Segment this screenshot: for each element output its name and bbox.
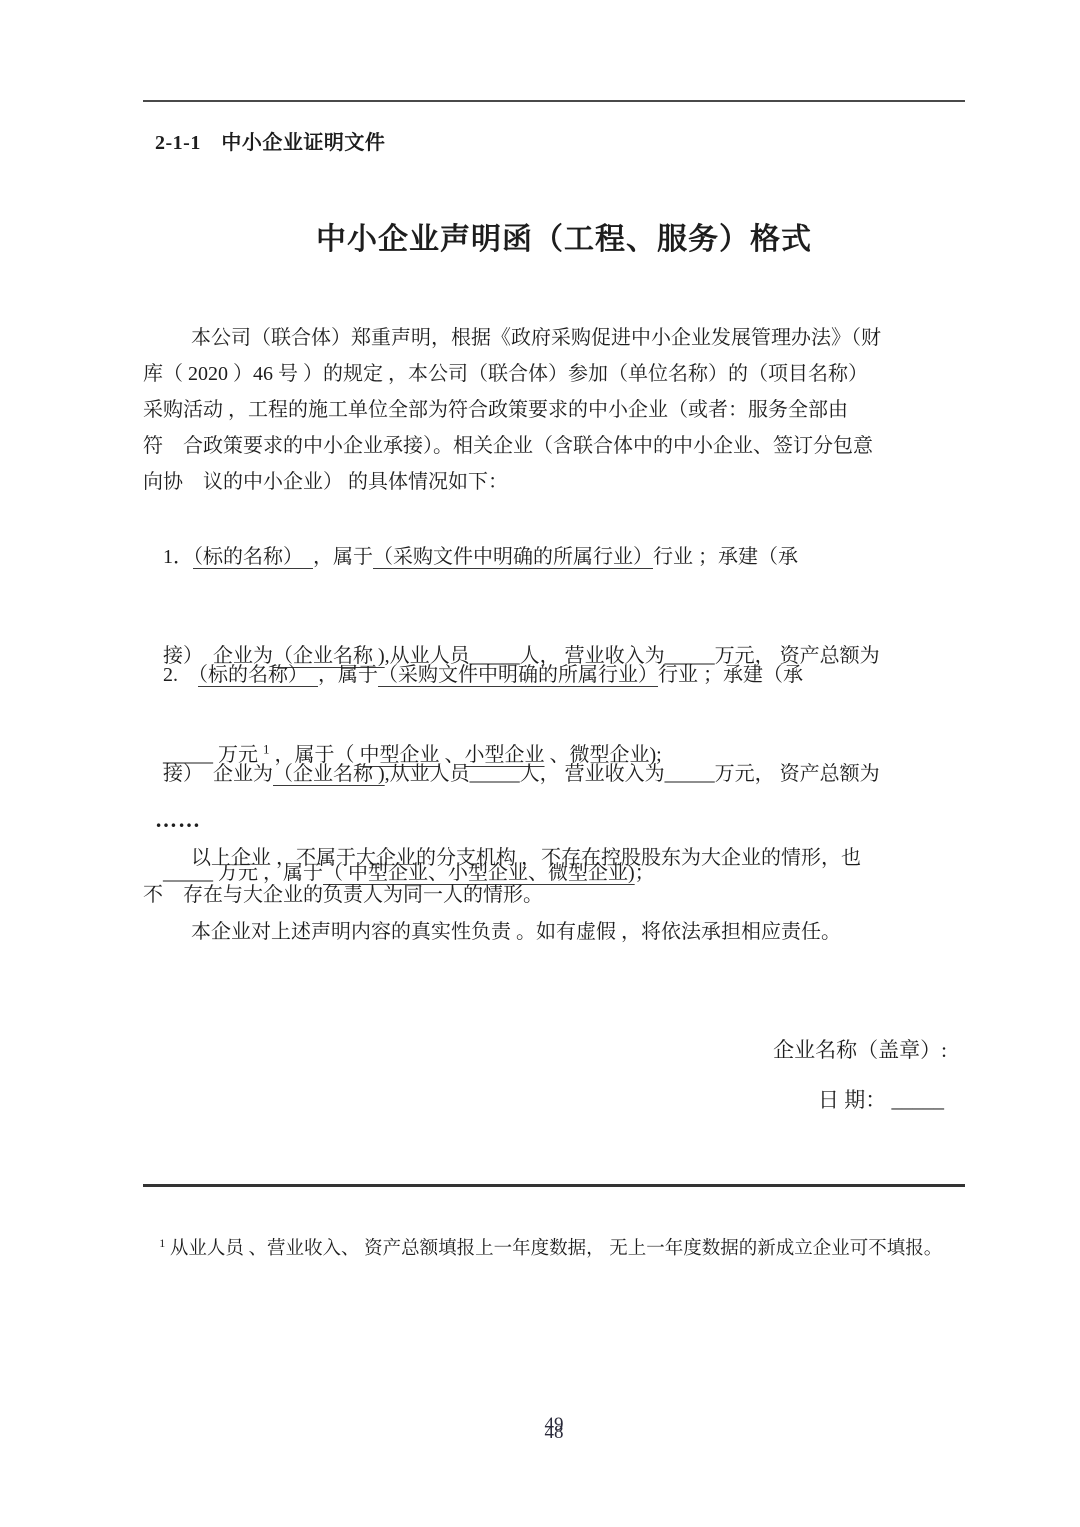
text-segment: 接） 企业为 — [163, 763, 273, 785]
text-segment: 人， 营业收入为 — [520, 763, 665, 785]
text-segment: 万元， 资产总额为 — [715, 763, 880, 785]
header-divider-line — [143, 100, 965, 102]
signature-company-seal-label: 企业名称（盖章）: — [773, 1032, 947, 1068]
text-segment: ，属于 — [318, 664, 378, 686]
closing-line-2: 不 存在与大企业的负责人为同一人的情形。 — [143, 877, 985, 914]
item-2-line-2: 接） 企业为（企业名称 ),从业人员_____人， 营业收入为_____万元， … — [143, 725, 985, 824]
signature-date-line: 日 期： _____ — [818, 1082, 944, 1118]
blank-company-name: （企业名称 ) — [273, 763, 385, 785]
text-segment: ，属于 — [313, 546, 373, 568]
intro-line-1: 本公司（联合体）郑重声明，根据《政府采购促进中小企业发展管理办法》（财 — [143, 320, 985, 356]
date-label: 日 期： — [818, 1088, 892, 1112]
blank-industry: （采购文件中明确的所属行业） — [378, 664, 658, 686]
blank-subject-name: （标的名称） — [193, 546, 313, 568]
footnote-divider-line — [143, 1184, 965, 1187]
closing-line-3: 本企业对上述声明内容的真实性负责 。如有虚假 ，将依法承担相应责任。 — [143, 914, 985, 951]
closing-line-1: 以上企业 ，不属于大企业的分支机构 ，不存在控股股东为大企业的情形，也 — [143, 840, 985, 877]
page-number-area: 49 48 — [0, 1412, 1080, 1472]
footnote-text: 从业人员 、营业收入、 资产总额填报上一年度数据， 无上一年度数据的新成立企业可… — [165, 1239, 942, 1259]
blank-subject-name: （标的名称） — [198, 664, 318, 686]
blank-employees: _____ — [470, 763, 520, 785]
text-segment: 2. — [163, 664, 198, 686]
section-heading: 2-1-1 中小企业证明文件 — [155, 126, 385, 160]
item-1-line-1: 1．（标的名称） ，属于（采购文件中明确的所属行业）行业 ；承建（承 — [143, 508, 985, 607]
intro-paragraph: 本公司（联合体）郑重声明，根据《政府采购促进中小企业发展管理办法》（财 库（ 2… — [143, 320, 985, 500]
page-number-bottom: 48 — [545, 1422, 564, 1444]
intro-line-5: 向协 议的中小企业） 的具体情况如下： — [143, 464, 985, 500]
text-segment: ,从业人员 — [385, 763, 470, 785]
ellipsis-placeholder: …… — [155, 802, 201, 838]
text-segment: 行业 ；承建（承 — [658, 664, 803, 686]
text-segment: 1． — [163, 546, 193, 568]
footnote: 1 从业人员 、营业收入、 资产总额填报上一年度数据， 无上一年度数据的新成立企… — [150, 1198, 980, 1266]
intro-line-3: 采购活动 ，工程的施工单位全部为符合政策要求的中小企业（或者：服务全部由 — [143, 392, 985, 428]
item-2-line-1: 2. （标的名称） ，属于（采购文件中明确的所属行业）行业 ；承建（承 — [143, 626, 985, 725]
blank-industry: （采购文件中明确的所属行业） — [373, 546, 653, 568]
text-segment: 行业 ；承建（承 — [653, 546, 798, 568]
intro-line-4: 符 合政策要求的中小企业承接）。相关企业（含联合体中的中小企业、签订分包意 — [143, 428, 985, 464]
date-blank: _____ — [892, 1088, 945, 1112]
page-title: 中小企业声明函（工程、服务）格式 — [143, 218, 985, 262]
closing-paragraphs: 以上企业 ，不属于大企业的分支机构 ，不存在控股股东为大企业的情形，也 不 存在… — [143, 840, 985, 951]
blank-revenue: _____ — [665, 763, 715, 785]
intro-line-2: 库（ 2020 ）46 号 ）的规定 ，本公司（联合体）参加（单位名称）的（项目… — [143, 356, 985, 392]
